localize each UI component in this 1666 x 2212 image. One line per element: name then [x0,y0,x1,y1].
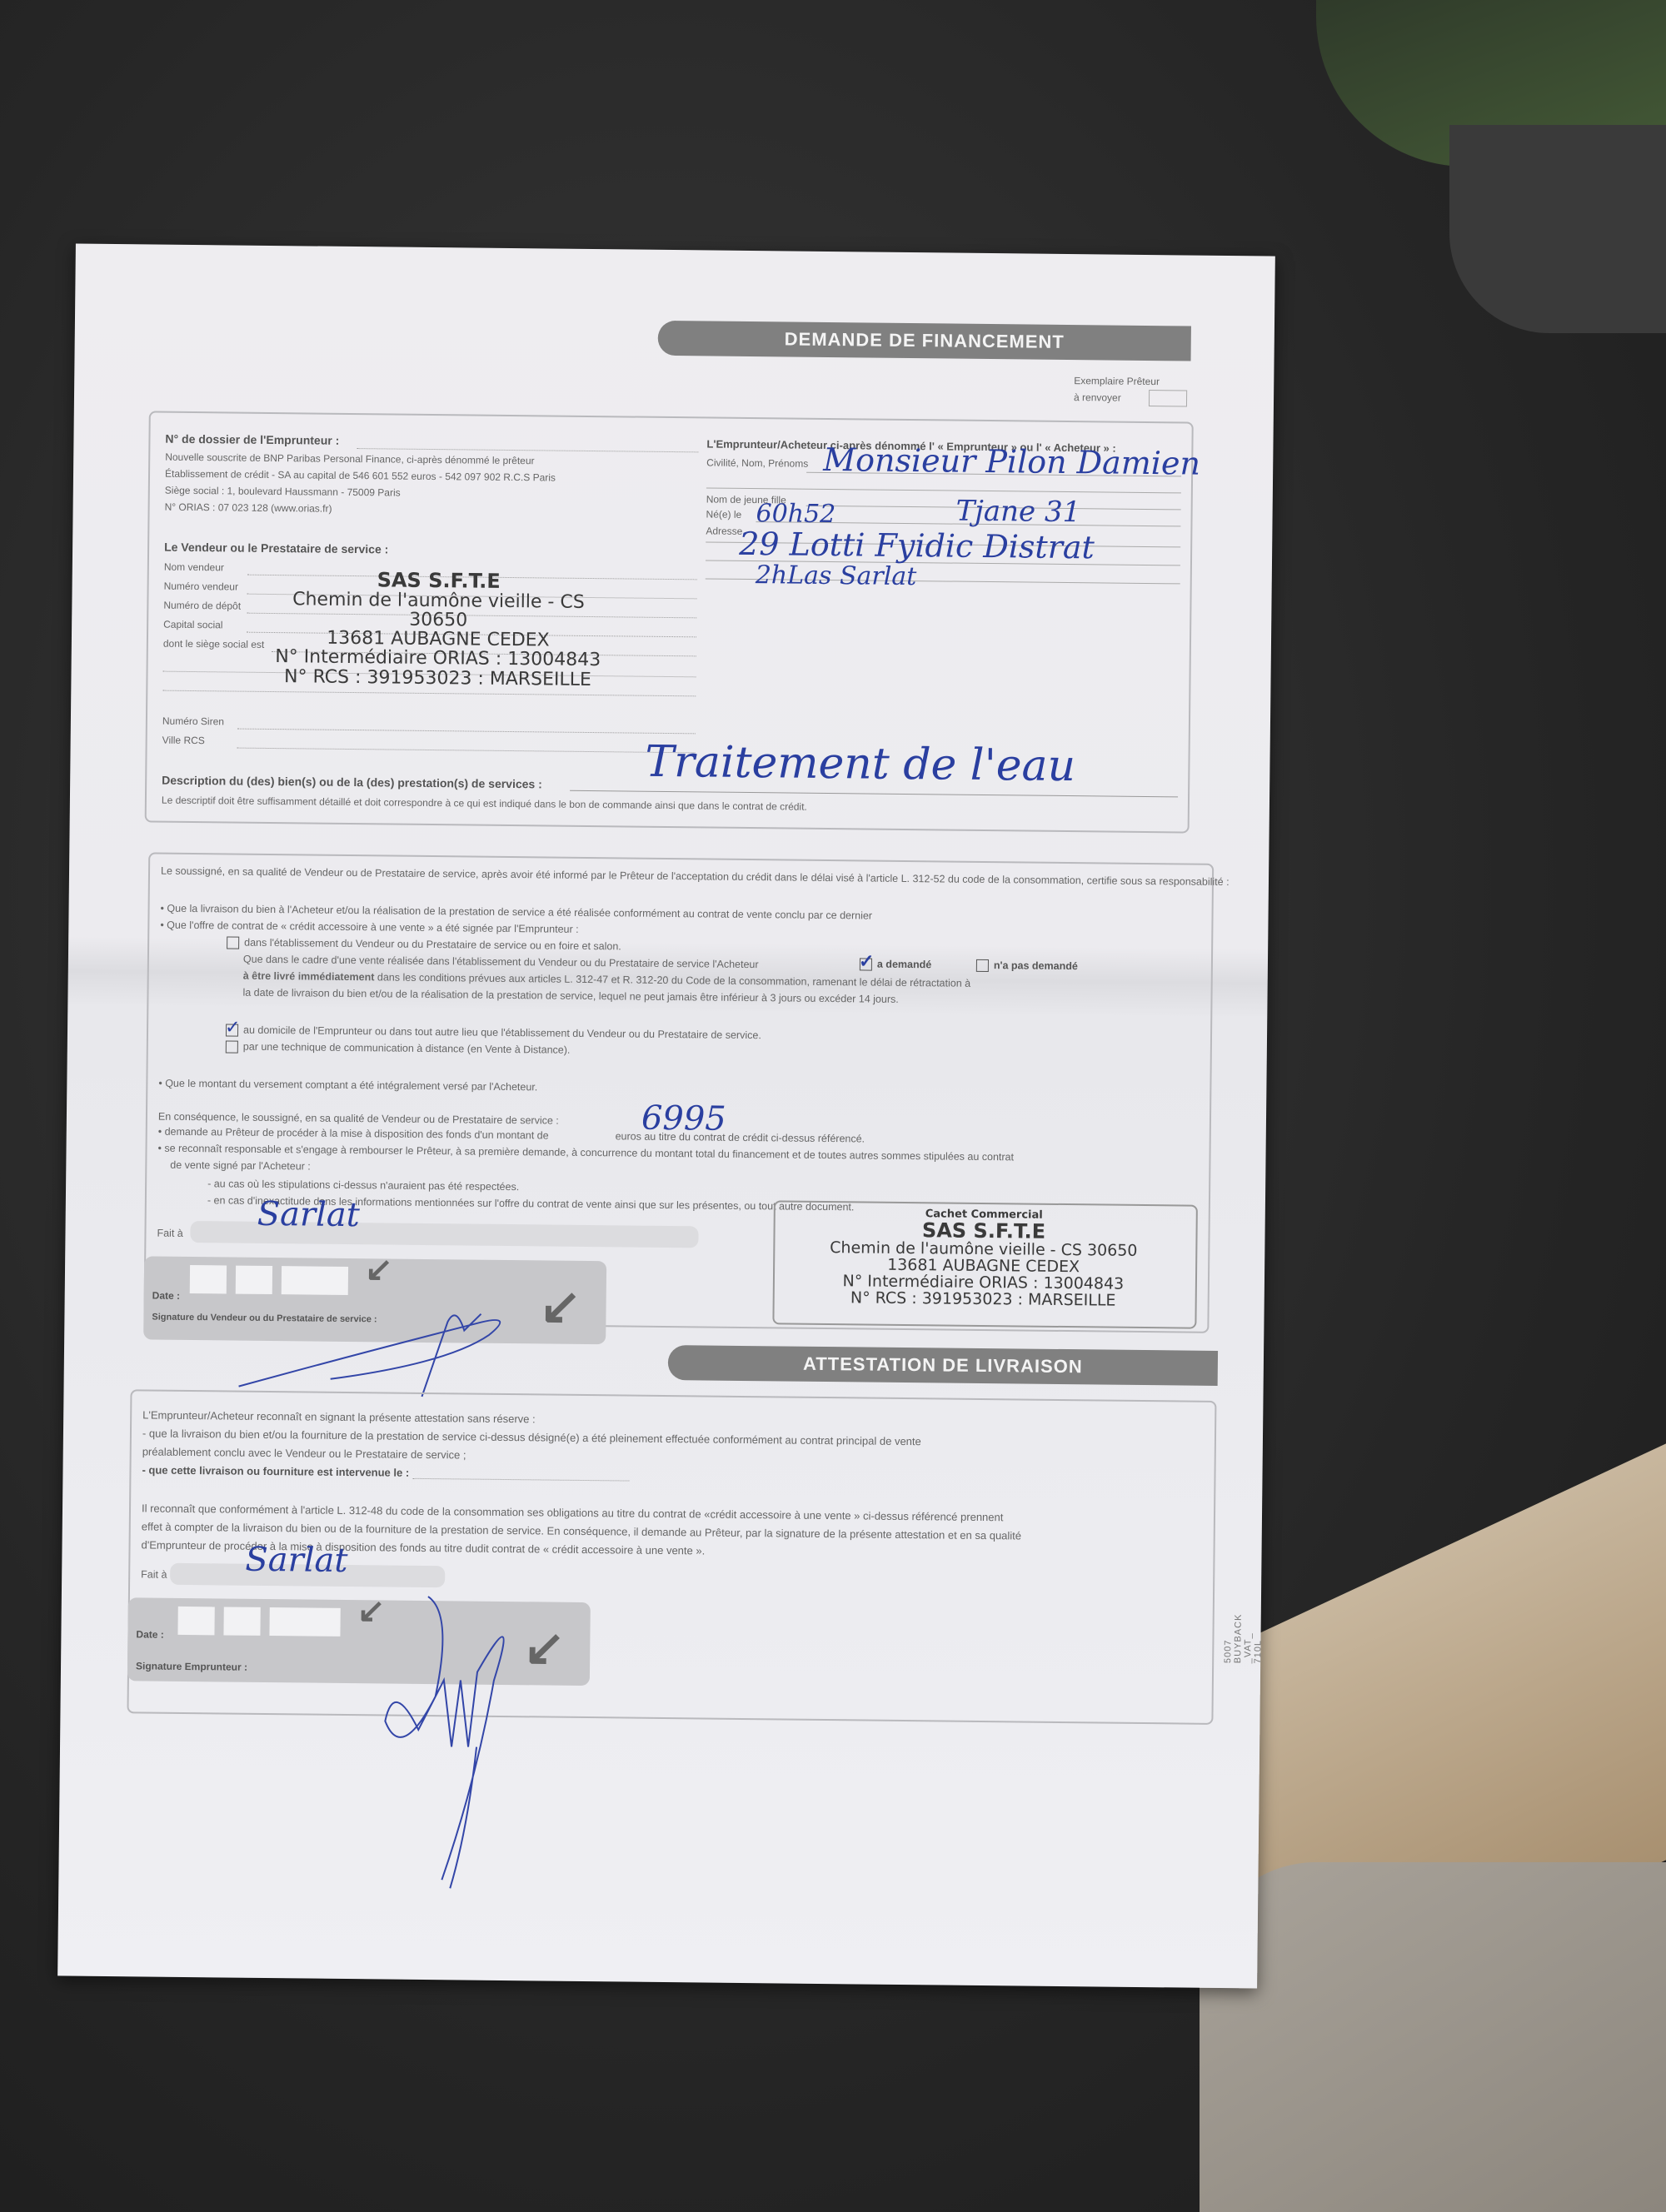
borrower-signature [350,1579,545,1897]
vendor-field-label: Nom vendeur [164,561,224,574]
checkbox-store[interactable] [227,937,239,949]
envelope-icon [1149,390,1187,406]
option-not-asked[interactable]: n'a pas demandé [976,959,1078,973]
not-asked-label: n'a pas demandé [994,959,1078,972]
borrower-born-place-handwritten: Tjane 31 [955,495,1080,530]
attestation-title-banner: ATTESTATION DE LIVRAISON [668,1345,1218,1386]
borrower-name-label: Civilité, Nom, Prénoms [706,456,808,469]
dossier-label: N° de dossier de l'Emprunteur : [165,432,339,447]
vendor-field-label: Capital social [163,619,223,631]
form-title-banner: DEMANDE DE FINANCEMENT [658,321,1191,361]
commercial-stamp: Cachet Commercial SAS S.F.T.E Chemin de … [773,1207,1195,1310]
checkbox-not-asked[interactable] [976,959,989,972]
arrow-icon: ↙ [365,1250,393,1288]
form-reference-code: 5007 BUYBACK _VAT_ 710L [1223,1613,1264,1663]
checkbox-home[interactable] [226,1024,238,1037]
attestation-date-label: Date : [136,1628,163,1640]
option-asked[interactable]: a demandé [860,958,931,971]
lender-line: N° ORIAS : 07 023 128 (www.orias.fr) [165,501,332,515]
vendor-field-label: Numéro de dépôt [163,600,241,612]
asked-label: a demandé [877,959,931,971]
rcs-city-label: Ville RCS [162,735,205,747]
borrower-born-date-handwritten: 60h52 [756,499,835,529]
copy-sublabel: à renvoyer [1074,391,1121,404]
date-label: Date : [152,1290,180,1302]
background-chair [1449,125,1666,333]
deliver-bold: à être livré immédiatement [243,970,375,984]
vendor-title: Le Vendeur ou le Prestataire de service … [164,541,388,556]
financing-form-paper: DEMANDE DE FINANCEMENT Exemplaire Prêteu… [57,244,1275,1989]
checkbox-distance[interactable] [226,1041,238,1054]
siren-label: Numéro Siren [162,715,224,728]
vendor-field-label: Numéro vendeur [164,580,239,593]
borrower-address-line1-handwritten: 29 Lotti Fyidic Distrat [739,526,1095,565]
attestation-date-month-field[interactable] [223,1607,260,1635]
option-distance-label: par une technique de communication à dis… [243,1041,571,1056]
vendor-signature [230,1287,531,1407]
borrower-born-label: Né(e) le [706,508,741,520]
fait-handwritten: Sarlat [257,1195,360,1234]
borrower-signature-label: Signature Emprunteur : [136,1660,247,1672]
stamp-rcs: N° RCS : 391953023 : MARSEILLE [262,666,612,689]
arrow-icon: ↙ [539,1277,581,1336]
vendor-stamp: SAS S.F.T.E Chemin de l'aumône vieille -… [262,569,613,690]
responsible2-text: de vente signé par l'Acheteur : [170,1159,311,1173]
amount-handwritten: 6995 [641,1099,726,1138]
attestation-fait-label: Fait à [141,1568,167,1580]
borrower-address-label: Adresse [706,525,742,536]
vendor-field-label: dont le siège social est [163,638,265,650]
attestation-date-day-field[interactable] [177,1607,214,1635]
fait-label: Fait à [157,1228,182,1239]
copy-label: Exemplaire Prêteur [1074,375,1160,387]
date-day-field[interactable] [190,1265,227,1293]
attestation-date-year-field[interactable] [269,1607,340,1637]
stamp-address: Chemin de l'aumône vieille - CS 30650 [263,590,613,632]
attestation-fait-handwritten: Sarlat [245,1541,348,1580]
description-handwritten: Traitement de l'eau [645,737,1075,791]
checkbox-asked[interactable] [860,959,872,971]
borrower-address-line2-handwritten: 2hLas Sarlat [756,560,917,591]
background-sofa [1200,1862,1666,2212]
borrower-name-handwritten: Monsieur Pilon Damien [823,441,1200,482]
lender-line: Siège social : 1, boulevard Haussmann - … [165,485,401,499]
